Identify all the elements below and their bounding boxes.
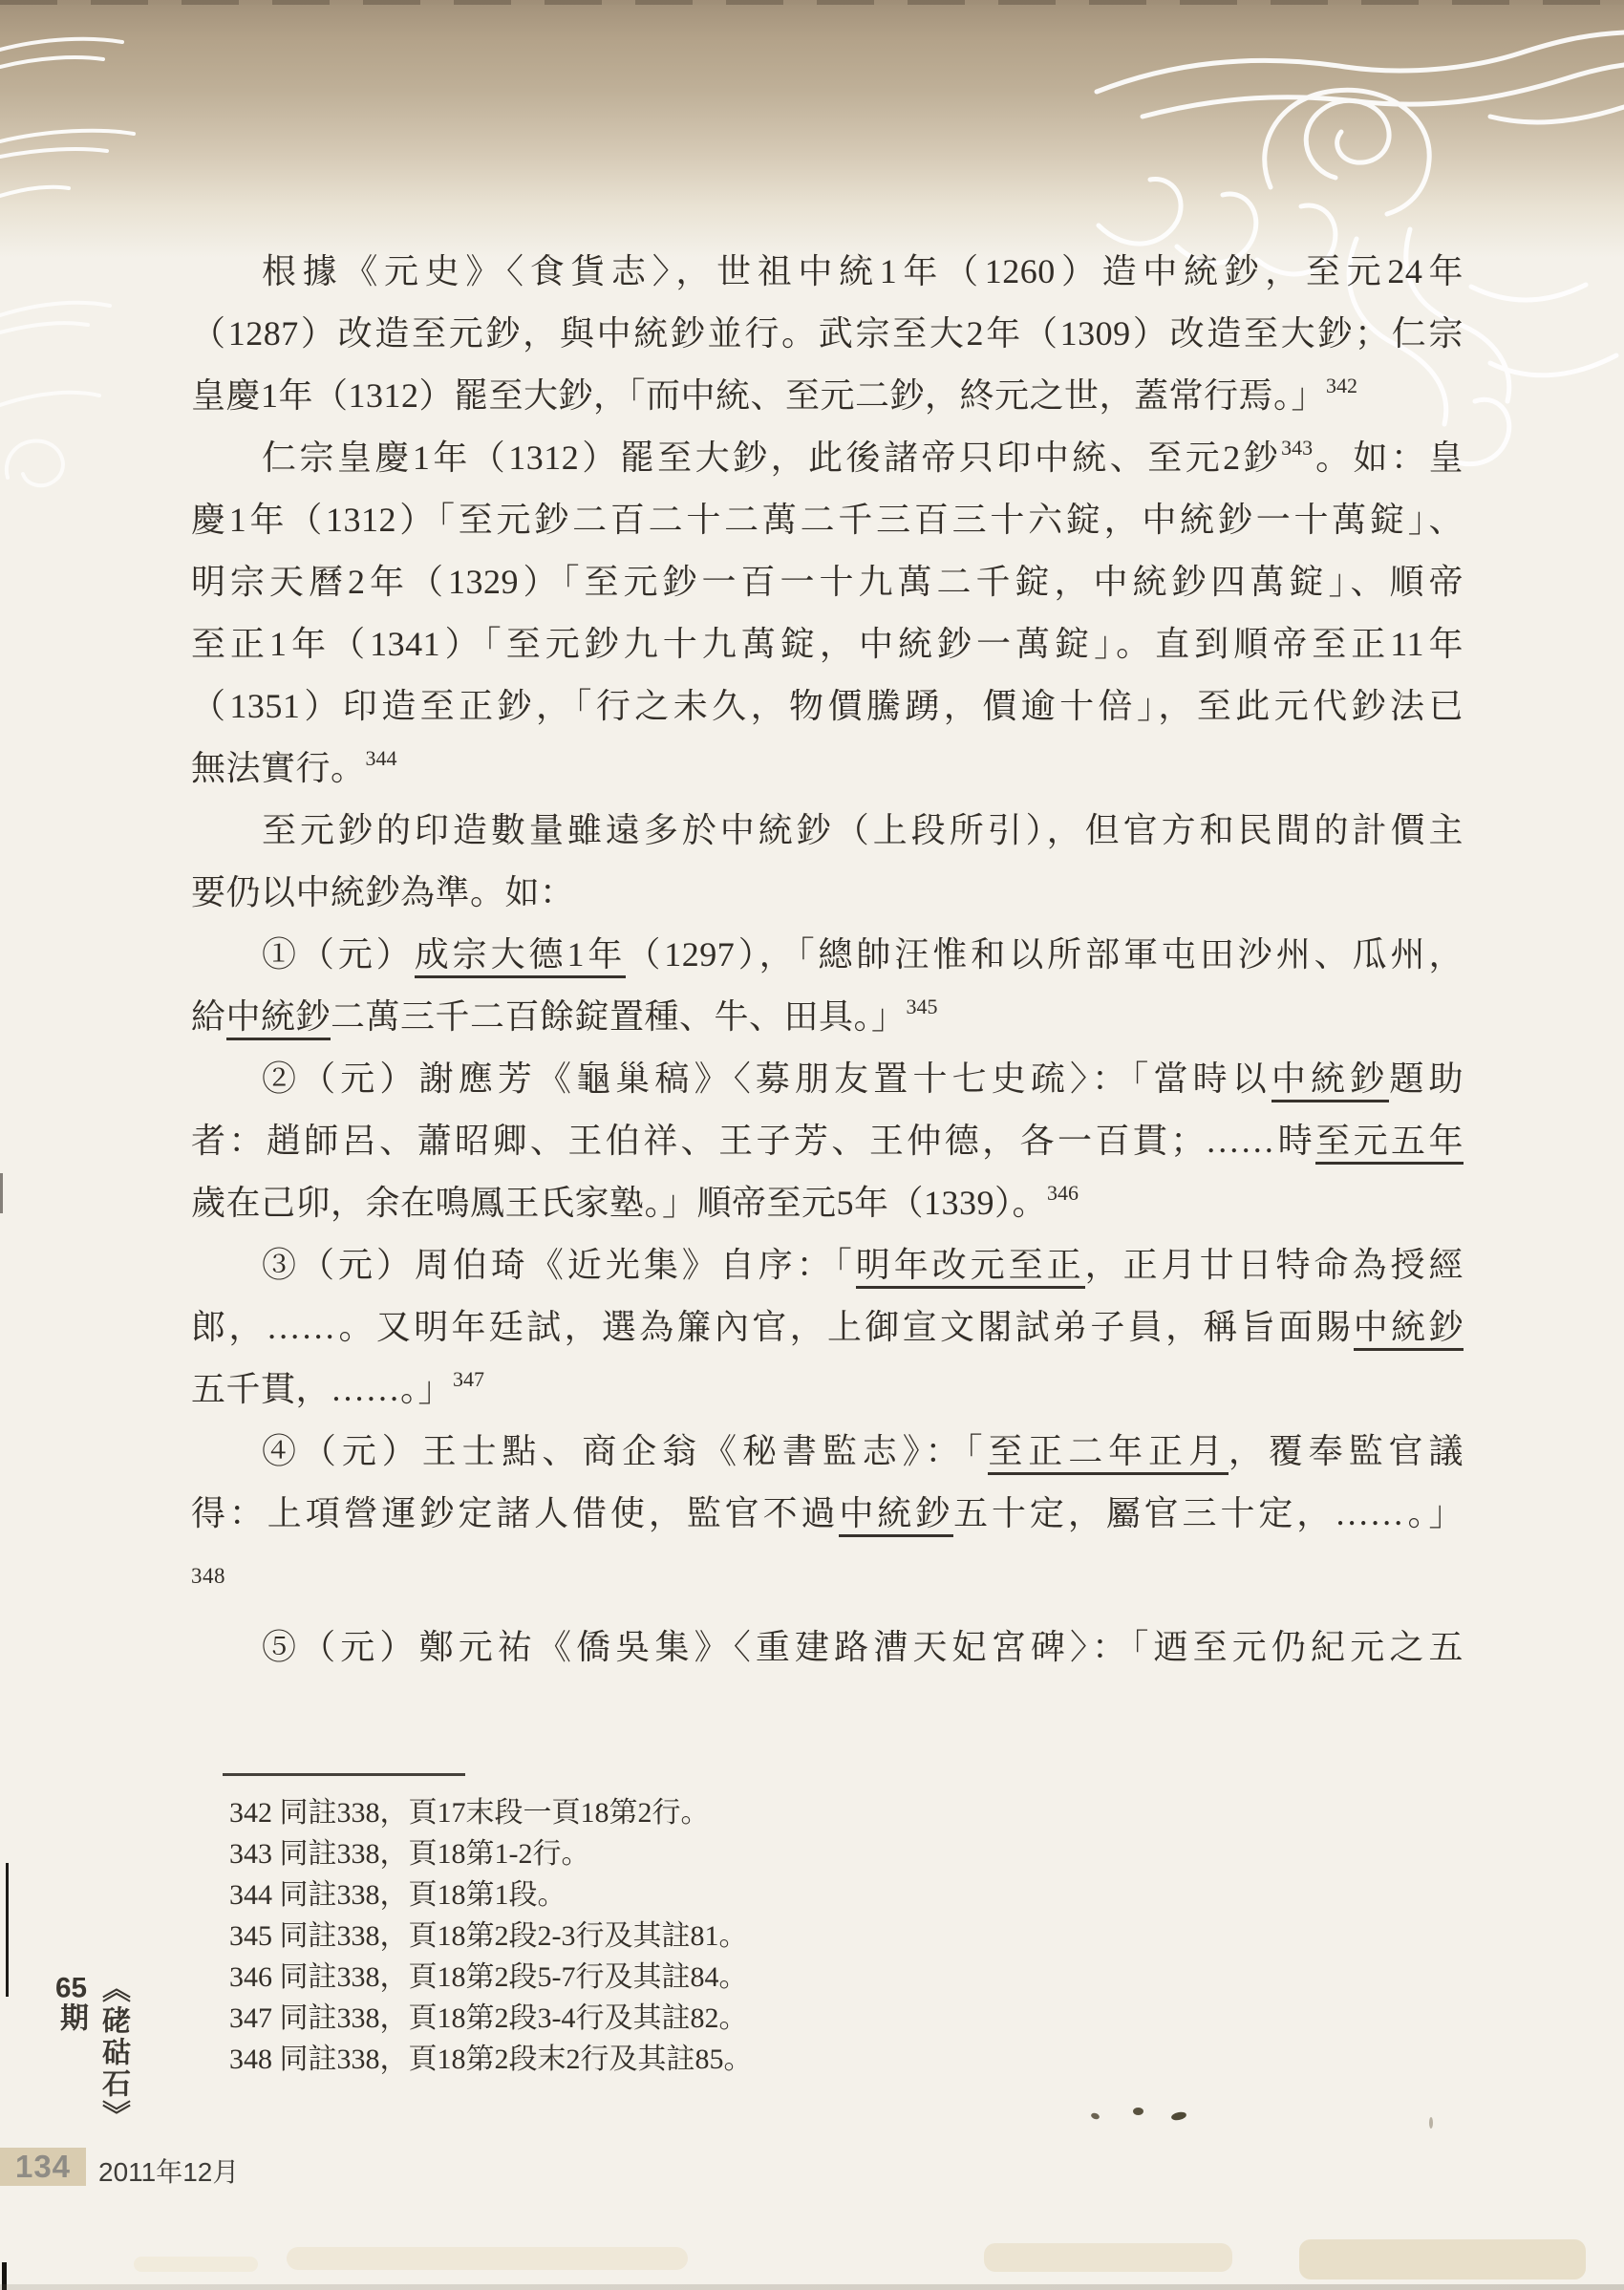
- footnote-line: 346 同註338，頁18第2段5-7行及其註84。: [229, 1957, 1089, 1998]
- text-line: 要仍以中統鈔為準。如：: [191, 862, 1464, 924]
- text-line: 無法實行。344: [191, 738, 1464, 800]
- footnote-reference: 345: [907, 995, 938, 1018]
- text-segment: 得：上項營運鈔定諸人借使，監官不過: [191, 1494, 839, 1532]
- text-segment: 題助: [1389, 1059, 1464, 1098]
- text-segment: 至正1年（1341）「至元鈔九十九萬錠，中統鈔一萬錠」。直到順帝至正11年: [191, 625, 1464, 663]
- scan-smudge: [1299, 2239, 1586, 2279]
- text-segment: ，覆奉監官議: [1229, 1432, 1464, 1470]
- footnote-reference: 346: [1047, 1181, 1079, 1205]
- footnote-reference: 343: [1281, 436, 1313, 460]
- footnote-line: 344 同註338，頁18第1段。: [229, 1874, 1089, 1915]
- text-line: ④（元）王士點、商企翁《秘書監志》：「至正二年正月，覆奉監官議: [191, 1421, 1464, 1483]
- scanned-journal-page: 根據《元史》〈食貨志〉，世祖中統1年（1260）造中統鈔，至元24年（1287）…: [0, 0, 1624, 2290]
- text-segment: 給: [191, 997, 226, 1036]
- text-segment: 皇慶1年（1312）罷至大鈔，「而中統、至元二鈔，終元之世，蓋常行焉。」: [191, 376, 1326, 415]
- scan-smudge: [984, 2243, 1232, 2272]
- footnote-line: 343 同註338，頁18第1-2行。: [229, 1833, 1089, 1874]
- text-segment: 明宗天曆2年（1329）「至元鈔一百一十九萬二千錠，中統鈔四萬錠」、順帝: [191, 563, 1464, 601]
- footnote-list: 342 同註338，頁17末段一頁18第2行。343 同註338，頁18第1-2…: [229, 1792, 1089, 2080]
- text-segment: （1297），「總帥汪惟和以所部軍屯田沙州、瓜州，: [626, 935, 1464, 974]
- text-line: 至元鈔的印造數量雖遠多於中統鈔（上段所引），但官方和民間的計價主: [191, 800, 1464, 862]
- text-line: ⑤（元）鄭元祐《僑吳集》〈重建路漕天妃宮碑〉：「迺至元仍紀元之五: [191, 1616, 1464, 1679]
- underlined-text: 中統鈔: [1271, 1059, 1389, 1102]
- footnote-divider: [223, 1773, 465, 1776]
- underlined-text: 中統鈔: [839, 1494, 953, 1537]
- text-segment: 無法實行。: [191, 749, 366, 787]
- text-segment: 五十定，屬官三十定，……。」: [953, 1494, 1464, 1532]
- scan-smudge: [134, 2257, 258, 2272]
- text-segment: ，正月廿日特命為授經: [1085, 1246, 1464, 1284]
- text-segment: 慶1年（1312）「至元鈔二百二十二萬二千三百三十六錠，中統鈔一十萬錠」、: [191, 501, 1464, 539]
- footnote-reference: 347: [453, 1367, 484, 1391]
- text-segment: ⑤（元）鄭元祐《僑吳集》〈重建路漕天妃宮碑〉：「迺至元仍紀元之五: [262, 1628, 1464, 1666]
- text-segment: 。如：皇: [1313, 439, 1464, 477]
- text-line: 歲在己卯，余在鳴鳳王氏家塾。」順帝至元5年（1339）。346: [191, 1172, 1464, 1234]
- underlined-text: 中統鈔: [1354, 1308, 1464, 1351]
- scan-smudge: [287, 2247, 688, 2270]
- underlined-text: 明年改元至正: [856, 1246, 1085, 1289]
- page-number: 134: [15, 2149, 71, 2185]
- text-line: 348: [191, 1545, 1464, 1607]
- ink-speck: [1090, 2112, 1100, 2121]
- text-segment: ②（元）謝應芳《龜巢稿》〈募朋友置十七史疏〉：「當時以: [262, 1059, 1271, 1098]
- text-line: 五千貫，……。」347: [191, 1359, 1464, 1421]
- text-segment: 五千貫，……。」: [191, 1370, 453, 1408]
- text-segment: 要仍以中統鈔為準。如：: [191, 873, 575, 911]
- underlined-text: 至元五年: [1315, 1122, 1464, 1165]
- footnote-reference: 342: [1326, 374, 1357, 397]
- main-text: 根據《元史》〈食貨志〉，世祖中統1年（1260）造中統鈔，至元24年（1287）…: [191, 241, 1464, 1679]
- text-segment: 根據《元史》〈食貨志〉，世祖中統1年（1260）造中統鈔，至元24年: [262, 252, 1464, 290]
- scan-bottom-edge-artifact: [0, 2284, 1624, 2290]
- text-line: 至正1年（1341）「至元鈔九十九萬錠，中統鈔一萬錠」。直到順帝至正11年: [191, 613, 1464, 675]
- text-segment: ③（元）周伯琦《近光集》自序：「: [262, 1246, 856, 1284]
- text-line: 慶1年（1312）「至元鈔二百二十二萬二千三百三十六錠，中統鈔一十萬錠」、: [191, 489, 1464, 551]
- page-number-badge: 134: [0, 2148, 86, 2186]
- underlined-text: 至正二年正月: [988, 1432, 1229, 1475]
- text-line: 根據《元史》〈食貨志〉，世祖中統1年（1260）造中統鈔，至元24年: [191, 241, 1464, 303]
- ink-speck: [1170, 2110, 1186, 2121]
- text-segment: ①（元）: [262, 935, 415, 974]
- text-line: 得：上項營運鈔定諸人借使，監官不過中統鈔五十定，屬官三十定，……。」: [191, 1483, 1464, 1545]
- journal-title-vertical: 《硓𥑮石》65期: [50, 1974, 134, 2155]
- text-segment: 二萬三千二百餘錠置種、牛、田具。」: [331, 997, 907, 1036]
- text-line: ①（元）成宗大德1年（1297），「總帥汪惟和以所部軍屯田沙州、瓜州，: [191, 924, 1464, 986]
- text-line: （1351）印造至正鈔，「行之未久，物價騰踴，價逾十倍」，至此元代鈔法已: [191, 675, 1464, 738]
- text-segment: 者：趙師呂、蕭昭卿、王伯祥、王子芳、王仲德，各一百貫；……時: [191, 1122, 1315, 1160]
- text-line: 者：趙師呂、蕭昭卿、王伯祥、王子芳、王仲德，各一百貫；……時至元五年: [191, 1110, 1464, 1172]
- footnote-line: 348 同註338，頁18第2段末2行及其註85。: [229, 2039, 1089, 2080]
- text-line: 明宗天曆2年（1329）「至元鈔一百一十九萬二千錠，中統鈔四萬錠」、順帝: [191, 551, 1464, 613]
- issue-number: 65: [55, 1974, 87, 2002]
- text-segment: 348: [191, 1564, 225, 1588]
- text-segment: 仁宗皇慶1年（1312）罷至大鈔，此後諸帝只印中統、至元2鈔: [262, 439, 1281, 477]
- text-segment: （1351）印造至正鈔，「行之未久，物價騰踴，價逾十倍」，至此元代鈔法已: [191, 687, 1464, 725]
- text-line: 給中統鈔二萬三千二百餘錠置種、牛、田具。」345: [191, 986, 1464, 1048]
- footnote-line: 342 同註338，頁17末段一頁18第2行。: [229, 1792, 1089, 1833]
- text-line: （1287）改造至元鈔，與中統鈔並行。武宗至大2年（1309）改造至大鈔；仁宗: [191, 303, 1464, 365]
- underlined-text: 成宗大德1年: [415, 935, 627, 978]
- footnote-line: 347 同註338，頁18第2段3-4行及其註82。: [229, 1998, 1089, 2039]
- text-line: ③（元）周伯琦《近光集》自序：「明年改元至正，正月廿日特命為授經: [191, 1234, 1464, 1296]
- footnote-reference: 344: [366, 746, 397, 770]
- text-line: 郎，……。又明年廷試，選為簾內官，上御宣文閣試弟子員，稱旨面賜中統鈔: [191, 1296, 1464, 1359]
- text-segment: 郎，……。又明年廷試，選為簾內官，上御宣文閣試弟子員，稱旨面賜: [191, 1308, 1354, 1346]
- text-segment: ④（元）王士點、商企翁《秘書監志》：「: [262, 1432, 988, 1470]
- issue-date: 2011年12月: [98, 2151, 239, 2190]
- text-line: ②（元）謝應芳《龜巢稿》〈募朋友置十七史疏〉：「當時以中統鈔題助: [191, 1048, 1464, 1110]
- footnote-line: 345 同註338，頁18第2段2-3行及其註81。: [229, 1915, 1089, 1957]
- scan-edge-artifact: [0, 1173, 3, 1213]
- ink-speck: [1133, 2108, 1143, 2115]
- text-line: 仁宗皇慶1年（1312）罷至大鈔，此後諸帝只印中統、至元2鈔343。如：皇: [191, 427, 1464, 489]
- text-segment: （1287）改造至元鈔，與中統鈔並行。武宗至大2年（1309）改造至大鈔；仁宗: [191, 314, 1464, 353]
- text-segment: 至元鈔的印造數量雖遠多於中統鈔（上段所引），但官方和民間的計價主: [262, 811, 1464, 849]
- scan-edge-artifact: [6, 1863, 9, 1997]
- underlined-text: 中統鈔: [226, 997, 331, 1040]
- ink-speck: [1429, 2117, 1433, 2129]
- text-segment: 歲在己卯，余在鳴鳳王氏家塾。」順帝至元5年（1339）。: [191, 1184, 1047, 1222]
- text-line: 皇慶1年（1312）罷至大鈔，「而中統、至元二鈔，終元之世，蓋常行焉。」342: [191, 365, 1464, 427]
